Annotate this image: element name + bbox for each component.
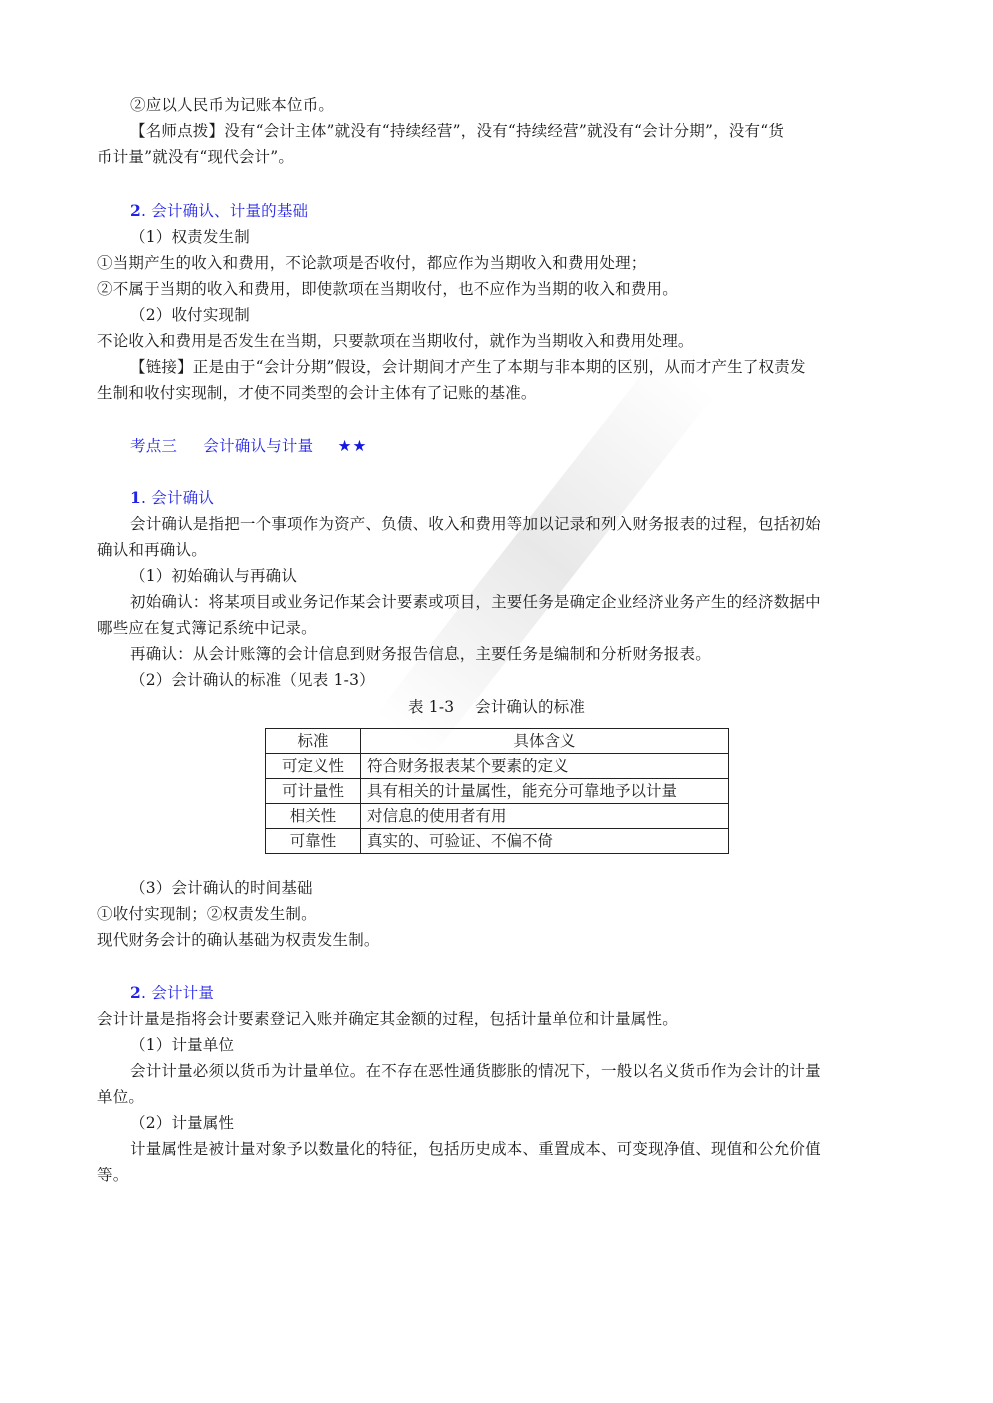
kaodian-title: 会计确认与计量: [203, 437, 313, 455]
column-header-meaning: 具体含义: [361, 729, 729, 754]
criterion-cell: 可靠性: [266, 829, 361, 854]
meaning-cell: 对信息的使用者有用: [361, 804, 729, 829]
criterion-cell: 可定义性: [266, 754, 361, 779]
initial-confirmation-line-1: 初始确认：将某项目或业务记作某会计要素或项目，主要任务是确定企业经济业务产生的经…: [130, 589, 902, 615]
measurement-def: 会计计量是指将会计要素登记入账并确定其金额的过程，包括计量单位和计量属性。: [97, 1006, 902, 1032]
table-row: 相关性 对信息的使用者有用: [266, 804, 729, 829]
criteria-table: 标准 具体含义 可定义性 符合财务报表某个要素的定义 可计量性 具有相关的计量属…: [265, 728, 729, 854]
tip-line-2: 币计量”就没有“现代会计”。: [97, 144, 902, 170]
subheading-accrual: （1）权责发生制: [130, 224, 902, 250]
section-number: 2: [130, 983, 141, 1002]
table-caption: 表 1-3 会计确认的标准: [0, 694, 993, 720]
time-basis-note: 现代财务会计的确认基础为权责发生制。: [97, 927, 902, 953]
table-row: 可靠性 真实的、可验证、不偏不倚: [266, 829, 729, 854]
subheading-initial-reconfirm: （1）初始确认与再确认: [130, 563, 902, 589]
section-number: 2: [130, 201, 141, 220]
table-row: 可计量性 具有相关的计量属性，能充分可靠地予以计量: [266, 779, 729, 804]
tip-line-1: 【名师点拨】没有“会计主体”就没有“持续经营”，没有“持续经营”就没有“会计分期…: [130, 118, 902, 144]
attribute-text-line-2: 等。: [97, 1162, 902, 1188]
subheading-cash-basis: （2）收付实现制: [130, 302, 902, 328]
kaodian-heading: 考点三 会计确认与计量 ★★: [130, 433, 902, 459]
criterion-cell: 相关性: [266, 804, 361, 829]
subheading-time-basis: （3）会计确认的时间基础: [130, 875, 902, 901]
subheading-unit: （1）计量单位: [130, 1032, 902, 1058]
document-page: ②应以人民币为记账本位币。 【名师点拨】没有“会计主体”就没有“持续经营”，没有…: [0, 0, 993, 1403]
meaning-cell: 具有相关的计量属性，能充分可靠地予以计量: [361, 779, 729, 804]
confirmation-def-line-2: 确认和再确认。: [97, 537, 902, 563]
section-heading-confirmation: 1. 会计确认: [130, 485, 902, 511]
link-note-line-1: 【链接】正是由于“会计分期”假设，会计期间才产生了本期与非本期的区别，从而才产生…: [130, 354, 902, 380]
subheading-criteria: （2）会计确认的标准（见表 1-3）: [130, 667, 902, 693]
section-title: . 会计计量: [141, 984, 214, 1002]
reconfirmation-text: 再确认：从会计账簿的会计信息到财务报告信息，主要任务是编制和分析财务报表。: [130, 641, 902, 667]
unit-text-line-2: 单位。: [97, 1084, 902, 1110]
star-rating-icon: ★★: [338, 437, 368, 455]
cash-basis-text: 不论收入和费用是否发生在当期，只要款项在当期收付，就作为当期收入和费用处理。: [97, 328, 902, 354]
accrual-item-2: ②不属于当期的收入和费用，即使款项在当期收付，也不应作为当期的收入和费用。: [97, 276, 902, 302]
section-title: . 会计确认、计量的基础: [141, 202, 308, 220]
column-header-criterion: 标准: [266, 729, 361, 754]
section-heading-measurement: 2. 会计计量: [130, 980, 902, 1006]
meaning-cell: 符合财务报表某个要素的定义: [361, 754, 729, 779]
section-number: 1: [130, 488, 141, 507]
section-title: . 会计确认: [141, 489, 214, 507]
paragraph-item-2: ②应以人民币为记账本位币。: [130, 92, 902, 118]
table-header-row: 标准 具体含义: [266, 729, 729, 754]
confirmation-def-line-1: 会计确认是指把一个事项作为资产、负债、收入和费用等加以记录和列入财务报表的过程，…: [130, 511, 902, 537]
unit-text-line-1: 会计计量必须以货币为计量单位。在不存在恶性通货膨胀的情况下，一般以名义货币作为会…: [130, 1058, 902, 1084]
attribute-text-line-1: 计量属性是被计量对象予以数量化的特征，包括历史成本、重置成本、可变现净值、现值和…: [130, 1136, 902, 1162]
time-basis-items: ①收付实现制；②权责发生制。: [97, 901, 902, 927]
meaning-cell: 真实的、可验证、不偏不倚: [361, 829, 729, 854]
subheading-attribute: （2）计量属性: [130, 1110, 902, 1136]
criterion-cell: 可计量性: [266, 779, 361, 804]
section-heading-basis: 2. 会计确认、计量的基础: [130, 198, 902, 224]
table-row: 可定义性 符合财务报表某个要素的定义: [266, 754, 729, 779]
link-note-line-2: 生制和收付实现制，才使不同类型的会计主体有了记账的基准。: [97, 380, 902, 406]
initial-confirmation-line-2: 哪些应在复式簿记系统中记录。: [97, 615, 902, 641]
kaodian-label: 考点三: [130, 437, 177, 455]
accrual-item-1: ①当期产生的收入和费用，不论款项是否收付，都应作为当期收入和费用处理；: [97, 250, 902, 276]
